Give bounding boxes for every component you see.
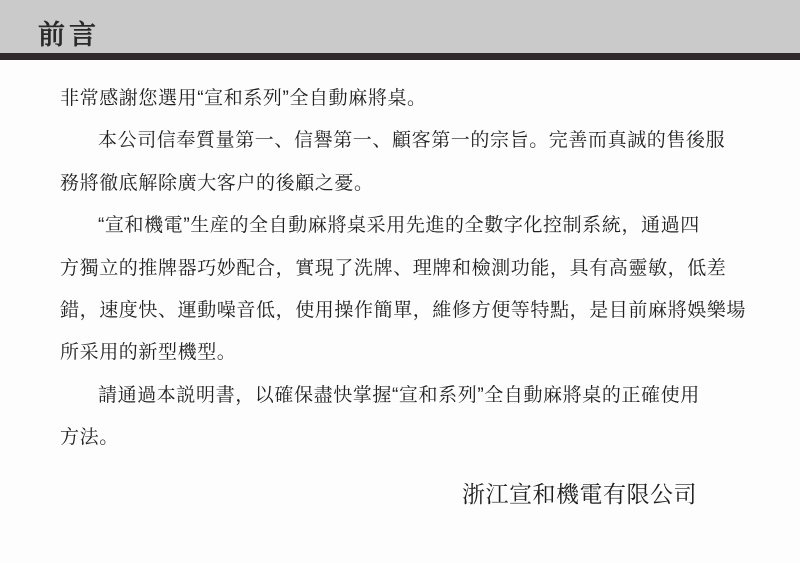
text-line-6: 錯，速度快、運動噪音低，使用操作簡單，維修方便等特點，是目前麻將娛樂場 [60,299,760,341]
text-line-2: 本公司信奉質量第一、信譽第一、顧客第一的宗旨。完善而真誠的售後服 [60,129,760,171]
preface-body: 非常感謝您選用“宣和系列”全自動麻將桌。 本公司信奉質量第一、信譽第一、顧客第一… [60,87,760,469]
manual-preface-page: 前言 非常感謝您選用“宣和系列”全自動麻將桌。 本公司信奉質量第一、信譽第一、顧… [0,0,800,563]
page-header-banner: 前言 [0,0,800,53]
text-line-8: 請通過本説明書，以確保盡快掌握“宣和系列”全自動麻將桌的正確使用 [60,384,760,426]
page-title: 前言 [38,22,100,49]
text-line-7: 所采用的新型機型。 [60,341,760,383]
header-divider-bar [0,53,800,60]
text-line-5: 方獨立的推牌器巧妙配合，實現了洗牌、理牌和檢測功能，具有高靈敏，低差 [60,257,760,299]
text-line-4: “宣和機電”生産的全自動麻將桌采用先進的全數字化控制系統，通過四 [60,214,760,256]
text-line-3: 務將徹底解除廣大客户的後顧之憂。 [60,172,760,214]
text-line-1: 非常感謝您選用“宣和系列”全自動麻將桌。 [60,87,760,129]
company-name: 浙江宣和機電有限公司 [462,482,697,507]
text-line-9: 方法。 [60,426,760,468]
